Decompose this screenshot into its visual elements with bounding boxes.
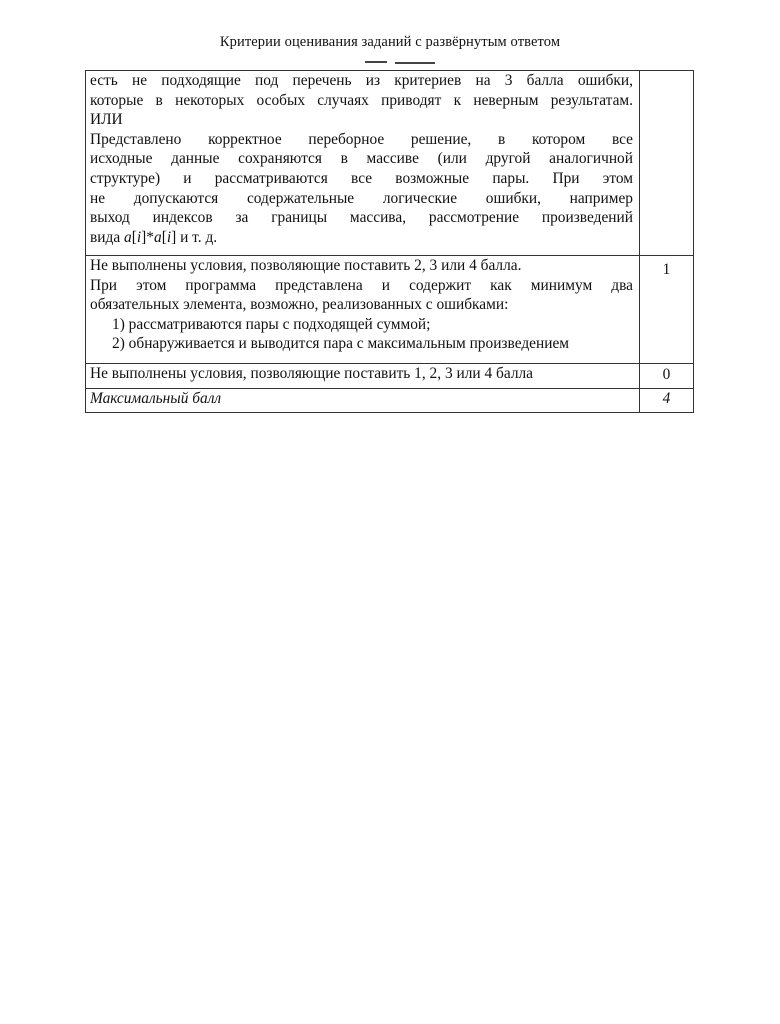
text-line: выход индексов за границы массива, рассм… [90, 208, 633, 228]
scan-artifact [395, 62, 435, 64]
criteria-description: есть не подходящие под перечень из крите… [86, 71, 640, 256]
text-line: ИЛИ [90, 110, 633, 130]
criteria-table: есть не подходящие под перечень из крите… [85, 70, 694, 413]
text-line: Не выполнены условия, позволяющие постав… [90, 256, 633, 276]
table-row: есть не подходящие под перечень из крите… [86, 71, 694, 256]
max-score-value: 4 [640, 389, 694, 413]
text-line: которые в некоторых особых случаях приво… [90, 91, 633, 111]
criteria-score [640, 71, 694, 256]
text-line: При этом программа представлена и содерж… [90, 276, 633, 296]
criteria-score: 0 [640, 364, 694, 389]
criteria-description: Не выполнены условия, позволяющие постав… [86, 256, 640, 364]
text-line: структуре) и рассматриваются все возможн… [90, 169, 633, 189]
criteria-score: 1 [640, 256, 694, 364]
text-line: Не выполнены условия, позволяющие постав… [90, 364, 633, 384]
table-row: Не выполнены условия, позволяющие постав… [86, 364, 694, 389]
text-line: обязательных элемента, возможно, реализо… [90, 295, 633, 315]
max-score-label: Максимальный балл [86, 389, 640, 413]
table-row-max: Максимальный балл 4 [86, 389, 694, 413]
criteria-description: Не выполнены условия, позволяющие постав… [86, 364, 640, 389]
list-item: 1) рассматриваются пары с подходящей сум… [90, 315, 633, 335]
text-line-code: вида a[i]*a[i] и т. д. [90, 228, 633, 248]
scan-artifact [365, 61, 387, 63]
table-row: Не выполнены условия, позволяющие постав… [86, 256, 694, 364]
text-line: исходные данные сохраняются в массиве (и… [90, 149, 633, 169]
text-line: не допускаются содержательные логические… [90, 189, 633, 209]
text-line: Представлено корректное переборное решен… [90, 130, 633, 150]
list-item: 2) обнаруживается и выводится пара с мак… [90, 334, 633, 354]
text-line: есть не подходящие под перечень из крите… [90, 71, 633, 91]
page-header-title: Критерии оценивания заданий с развёрнуты… [0, 34, 780, 51]
